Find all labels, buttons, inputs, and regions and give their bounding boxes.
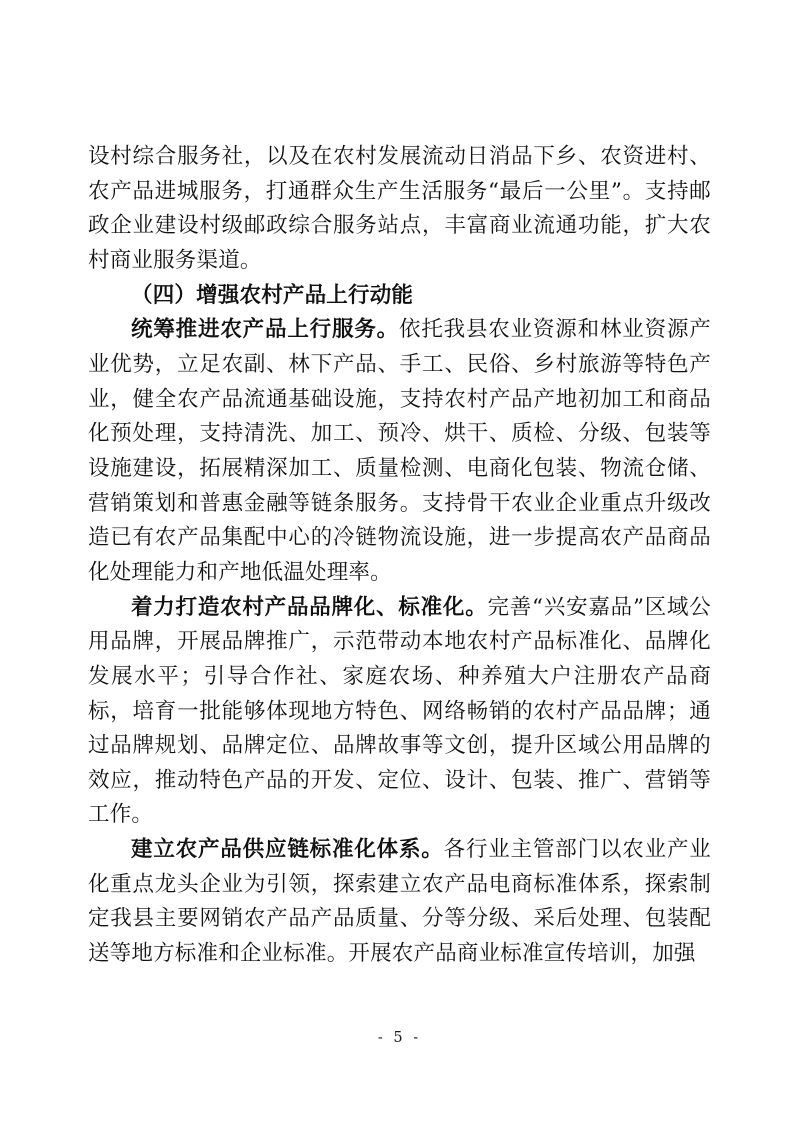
paragraph: 统筹推进农产品上行服务。依托我县农业资源和林业资源产业优势，立足农副、林下产品、… xyxy=(88,313,711,590)
paragraph: 建立农产品供应链标准化体系。各行业主管部门以农业产业化重点龙头企业为引领，探索建… xyxy=(88,833,711,972)
document-page: 设村综合服务社，以及在农村发展流动日消品下乡、农资进村、农产品进城服务，打通群众… xyxy=(0,0,793,1122)
paragraph-continuation: 设村综合服务社，以及在农村发展流动日消品下乡、农资进村、农产品进城服务，打通群众… xyxy=(88,140,711,279)
paragraph-lead: 着力打造农村产品品牌化、标准化。 xyxy=(131,595,488,620)
page-number: - 5 - xyxy=(88,1030,711,1046)
paragraph-lead: 建立农产品供应链标准化体系。 xyxy=(131,837,444,862)
section-heading: （四）增强农村产品上行动能 xyxy=(88,279,711,314)
paragraph: 着力打造农村产品品牌化、标准化。完善“兴安嘉品”区域公用品牌，开展品牌推广，示范… xyxy=(88,591,711,834)
paragraph-lead: 统筹推进农产品上行服务。 xyxy=(131,317,399,342)
document-body: 设村综合服务社，以及在农村发展流动日消品下乡、农资进村、农产品进城服务，打通群众… xyxy=(88,140,711,972)
